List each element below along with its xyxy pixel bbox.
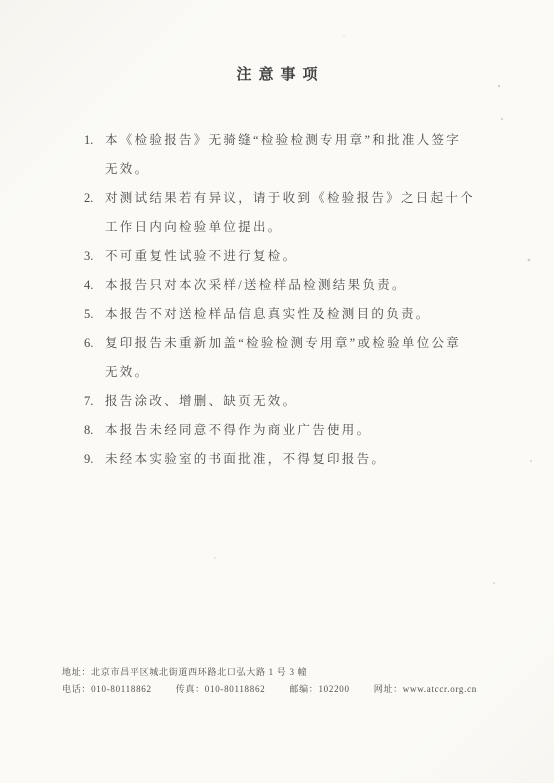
- item-number: 6.: [84, 329, 105, 358]
- item-line: 复印报告未重新加盖“检验检测专用章”或检验单位公章: [105, 329, 520, 358]
- notice-page: 注意事项 1. 本《检验报告》无骑缝“检验检测专用章”和批准人签字 无效。 2.…: [0, 0, 554, 783]
- item-line: 本报告不对送检样品信息真实性及检测目的负责。: [105, 300, 520, 329]
- page-title: 注意事项: [0, 63, 554, 84]
- list-item: 1. 本《检验报告》无骑缝“检验检测专用章”和批准人签字 无效。: [84, 126, 520, 184]
- postal-value: 102200: [318, 684, 349, 694]
- address-label: 地址：: [62, 667, 91, 677]
- item-text: 报告涂改、增删、缺页无效。: [105, 387, 520, 416]
- item-number: 2.: [84, 184, 105, 213]
- item-line: 本《检验报告》无骑缝“检验检测专用章”和批准人签字: [105, 126, 520, 155]
- website-label: 网址：: [374, 684, 403, 694]
- item-text: 复印报告未重新加盖“检验检测专用章”或检验单位公章 无效。: [105, 329, 520, 387]
- list-item: 4. 本报告只对本次采样/送检样品检测结果负责。: [84, 271, 520, 300]
- website-value: www.atccr.org.cn: [403, 684, 477, 694]
- item-text: 对测试结果若有异议，请于收到《检验报告》之日起十个 工作日内向检验单位提出。: [105, 184, 520, 242]
- list-item: 7. 报告涂改、增删、缺页无效。: [84, 387, 520, 416]
- item-text: 本报告不对送检样品信息真实性及检测目的负责。: [105, 300, 520, 329]
- list-item: 8. 本报告未经同意不得作为商业广告使用。: [84, 416, 520, 445]
- postal-label: 邮编：: [289, 684, 318, 694]
- item-line: 无效。: [105, 358, 520, 387]
- list-item: 6. 复印报告未重新加盖“检验检测专用章”或检验单位公章 无效。: [84, 329, 520, 387]
- item-text: 本《检验报告》无骑缝“检验检测专用章”和批准人签字 无效。: [105, 126, 520, 184]
- page-footer: 地址：北京市昌平区城北街道西环路北口弘大路 1 号 3 幢 电话：010-801…: [62, 664, 477, 698]
- scan-noise: [0, 0, 2, 2]
- contact-line: 电话：010-80118862传真：010-80118862邮编：102200网…: [62, 681, 477, 698]
- address-pair: 地址：北京市昌平区城北街道西环路北口弘大路 1 号 3 幢: [62, 664, 307, 681]
- fax-pair: 传真：010-80118862: [176, 681, 266, 698]
- item-number: 4.: [84, 271, 105, 300]
- item-text: 本报告未经同意不得作为商业广告使用。: [105, 416, 520, 445]
- item-line: 未经本实验室的书面批准，不得复印报告。: [105, 445, 520, 474]
- list-item: 2. 对测试结果若有异议，请于收到《检验报告》之日起十个 工作日内向检验单位提出…: [84, 184, 520, 242]
- phone-value: 010-80118862: [91, 684, 152, 694]
- phone-pair: 电话：010-80118862: [62, 681, 152, 698]
- item-line: 本报告只对本次采样/送检样品检测结果负责。: [105, 271, 520, 300]
- notice-list: 1. 本《检验报告》无骑缝“检验检测专用章”和批准人签字 无效。 2. 对测试结…: [84, 126, 520, 474]
- item-number: 3.: [84, 242, 105, 271]
- fax-label: 传真：: [176, 684, 205, 694]
- postal-pair: 邮编：102200: [289, 681, 349, 698]
- list-item: 9. 未经本实验室的书面批准，不得复印报告。: [84, 445, 520, 474]
- item-number: 1.: [84, 126, 105, 155]
- item-line: 不可重复性试验不进行复检。: [105, 242, 520, 271]
- website-pair: 网址：www.atccr.org.cn: [374, 681, 477, 698]
- item-line: 报告涂改、增删、缺页无效。: [105, 387, 520, 416]
- address-line: 地址：北京市昌平区城北街道西环路北口弘大路 1 号 3 幢: [62, 664, 477, 681]
- item-line: 对测试结果若有异议，请于收到《检验报告》之日起十个: [105, 184, 520, 213]
- item-line: 工作日内向检验单位提出。: [105, 213, 520, 242]
- item-text: 未经本实验室的书面批准，不得复印报告。: [105, 445, 520, 474]
- item-number: 8.: [84, 416, 105, 445]
- item-text: 不可重复性试验不进行复检。: [105, 242, 520, 271]
- item-text: 本报告只对本次采样/送检样品检测结果负责。: [105, 271, 520, 300]
- item-number: 7.: [84, 387, 105, 416]
- fax-value: 010-80118862: [205, 684, 266, 694]
- item-line: 无效。: [105, 155, 520, 184]
- item-number: 5.: [84, 300, 105, 329]
- item-number: 9.: [84, 445, 105, 474]
- item-line: 本报告未经同意不得作为商业广告使用。: [105, 416, 520, 445]
- address-value: 北京市昌平区城北街道西环路北口弘大路 1 号 3 幢: [91, 667, 307, 677]
- list-item: 3. 不可重复性试验不进行复检。: [84, 242, 520, 271]
- phone-label: 电话：: [62, 684, 91, 694]
- list-item: 5. 本报告不对送检样品信息真实性及检测目的负责。: [84, 300, 520, 329]
